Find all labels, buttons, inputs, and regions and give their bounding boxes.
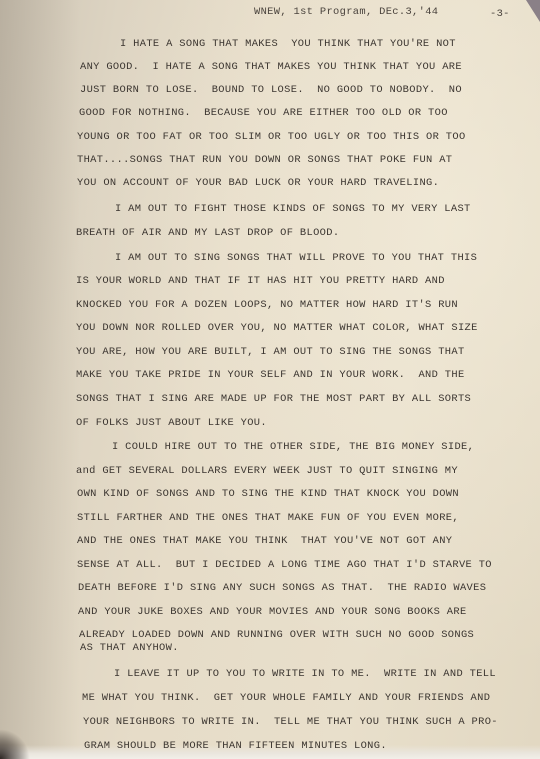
text-line: OWN KIND OF SONGS AND TO SING THE KIND T…	[77, 488, 459, 501]
text-line: ALREADY LOADED DOWN AND RUNNING OVER WIT…	[79, 629, 474, 642]
text-line: I AM OUT TO FIGHT THOSE KINDS OF SONGS T…	[115, 203, 471, 216]
text-line: AND YOUR JUKE BOXES AND YOUR MOVIES AND …	[78, 606, 467, 619]
text-line: THAT....SONGS THAT RUN YOU DOWN OR SONGS…	[77, 154, 452, 167]
text-line: I LEAVE IT UP TO YOU TO WRITE IN TO ME. …	[114, 668, 496, 681]
document-header: WNEW, 1st Program, DEc.3,'44	[254, 6, 438, 18]
text-line: DEATH BEFORE I'D SING ANY SUCH SONGS AS …	[78, 582, 486, 595]
text-line: I HATE A SONG THAT MAKES YOU THINK THAT …	[120, 38, 456, 51]
text-line: BREATH OF AIR AND MY LAST DROP OF BLOOD.	[76, 227, 339, 240]
text-line: ME WHAT YOU THINK. GET YOUR WHOLE FAMILY…	[82, 692, 490, 705]
text-line: JUST BORN TO LOSE. BOUND TO LOSE. NO GOO…	[80, 84, 462, 97]
text-line: AND THE ONES THAT MAKE YOU THINK THAT YO…	[77, 535, 452, 548]
text-line: MAKE YOU TAKE PRIDE IN YOUR SELF AND IN …	[76, 369, 465, 382]
text-line: I COULD HIRE OUT TO THE OTHER SIDE, THE …	[112, 441, 474, 454]
page-number: -3-	[490, 8, 510, 20]
text-line: SONGS THAT I SING ARE MADE UP FOR THE MO…	[76, 393, 471, 406]
text-line: YOU ARE, HOW YOU ARE BUILT, I AM OUT TO …	[76, 346, 465, 359]
text-line: I AM OUT TO SING SONGS THAT WILL PROVE T…	[115, 252, 477, 265]
text-line: SENSE AT ALL. BUT I DECIDED A LONG TIME …	[77, 559, 492, 572]
text-line: YOUR NEIGHBORS TO WRITE IN. TELL ME THAT…	[83, 716, 498, 729]
text-line: STILL FARTHER AND THE ONES THAT MAKE FUN…	[77, 512, 459, 525]
text-line: OF FOLKS JUST ABOUT LIKE YOU.	[76, 417, 267, 430]
text-line: GOOD FOR NOTHING. BECAUSE YOU ARE EITHER…	[79, 107, 448, 120]
text-line: GRAM SHOULD BE MORE THAN FIFTEEN MINUTES…	[84, 740, 387, 753]
text-line: ANY GOOD. I HATE A SONG THAT MAKES YOU T…	[80, 61, 462, 74]
text-line: YOU ON ACCOUNT OF YOUR BAD LUCK OR YOUR …	[77, 177, 439, 190]
text-line: AS THAT ANYHOW.	[80, 642, 179, 655]
text-line: YOU DOWN NOR ROLLED OVER YOU, NO MATTER …	[76, 322, 478, 335]
text-line: KNOCKED YOU FOR A DOZEN LOOPS, NO MATTER…	[76, 299, 458, 312]
text-line: IS YOUR WORLD AND THAT IF IT HAS HIT YOU…	[76, 275, 445, 288]
text-line: YOUNG OR TOO FAT OR TOO SLIM OR TOO UGLY…	[77, 131, 466, 144]
document-body: WNEW, 1st Program, DEc.3,'44 -3- I HATE …	[0, 0, 540, 759]
text-line: and GET SEVERAL DOLLARS EVERY WEEK JUST …	[76, 465, 458, 478]
